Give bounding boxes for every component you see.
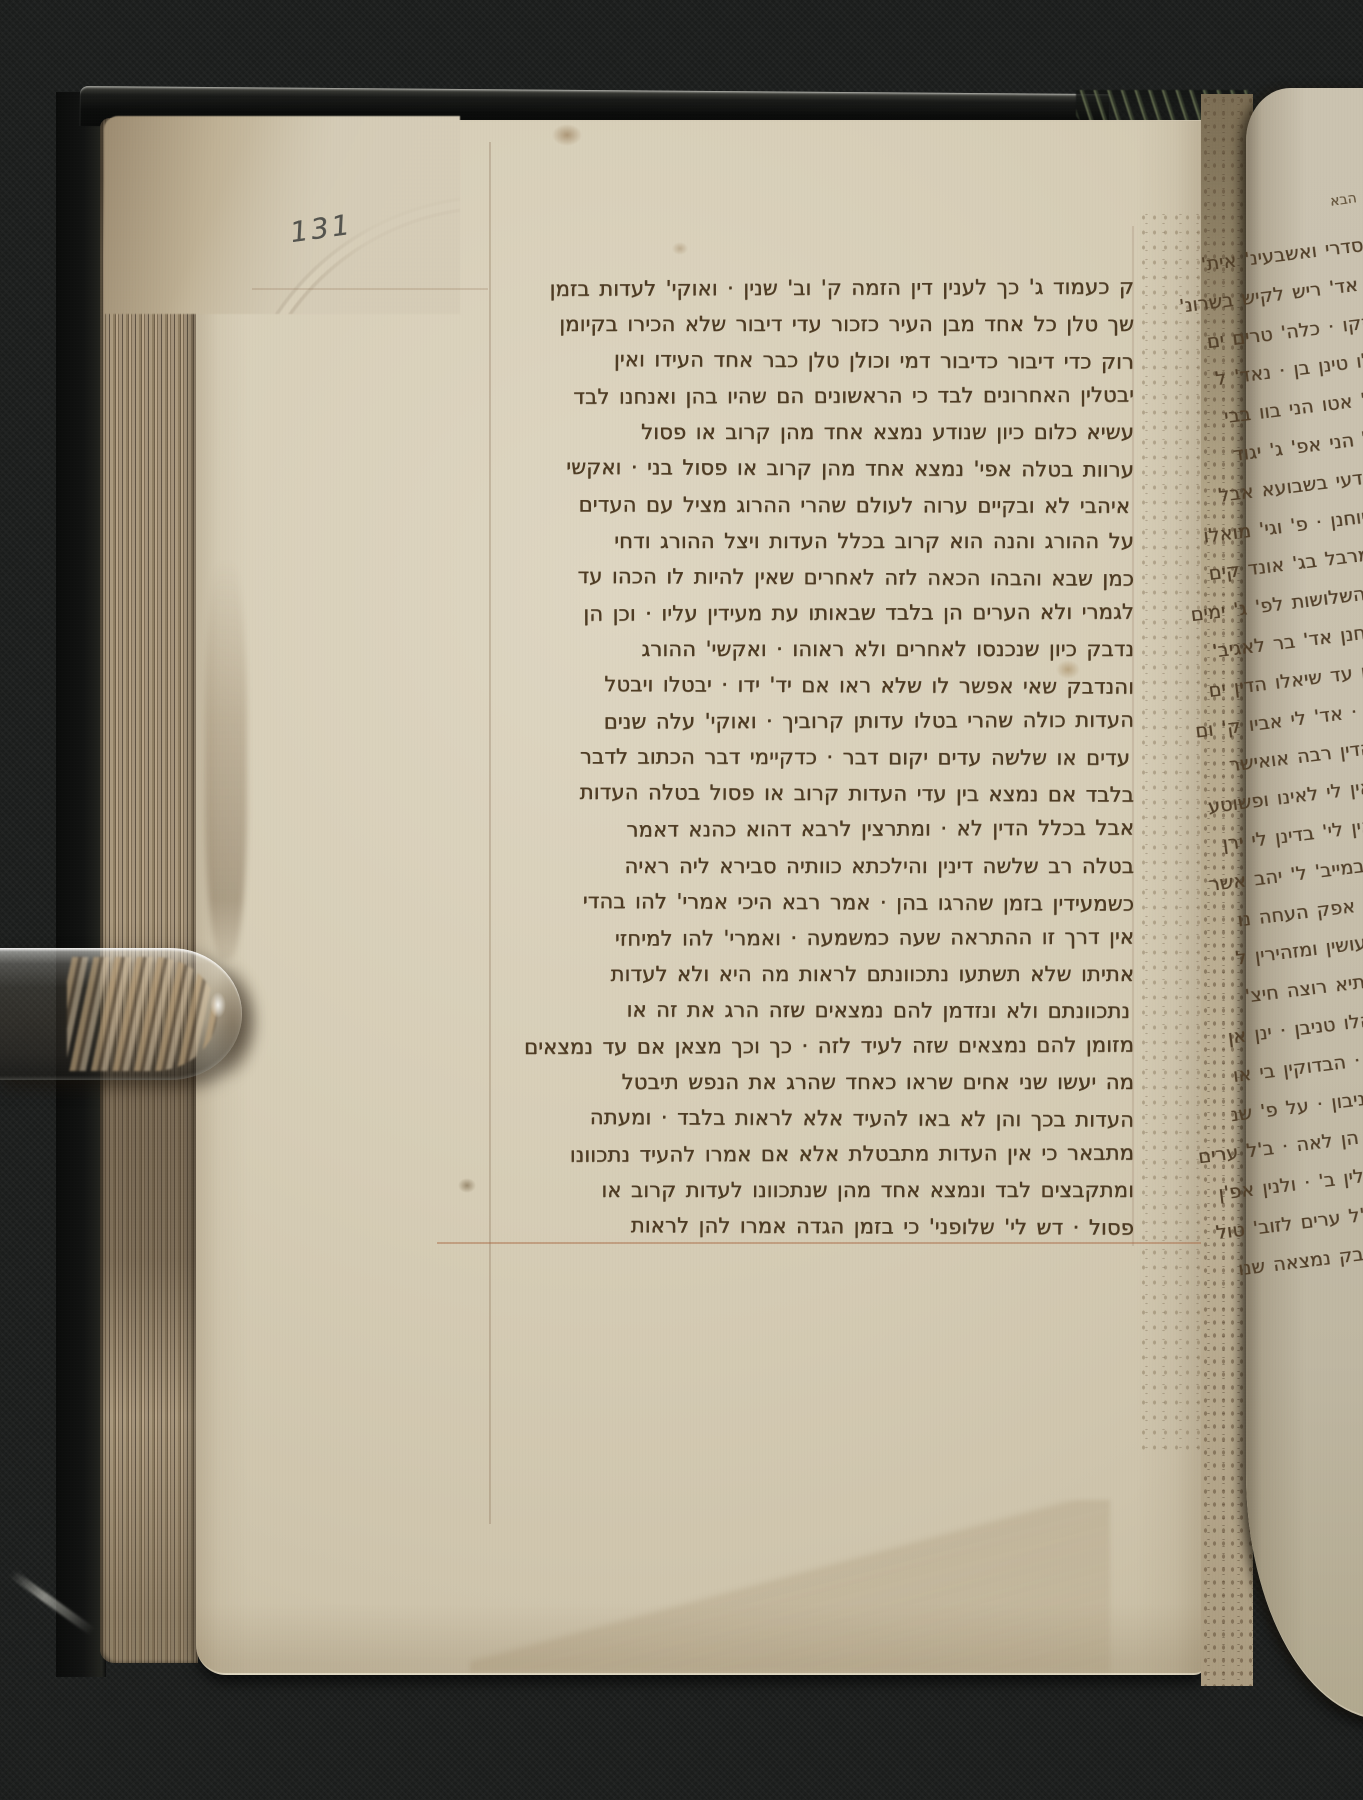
manuscript-text-line: בלבד אם נמצא בין עדי העדות קרוב או פסול … [437, 774, 1134, 813]
bottom-shading [470, 1500, 1110, 1672]
manuscript-text-line: ק כעמוד ג' כך לענין דין הזמה ק' וב' שנין… [437, 269, 1134, 308]
manuscript-text-line: נדבק כיון שנכנסו לאחרים ולא ראוהו · ואקש… [437, 631, 1134, 667]
manuscript-text-line: שך טלן כל אחד מבן העיר כזכור עדי דיבור ש… [437, 306, 1134, 342]
edge-smudge [205, 560, 247, 960]
manuscript-text-line: עשיא כלום כיון שנודע נמצא אחד מהן קרוב א… [437, 414, 1134, 450]
manuscript-text-line: פסול · דש לי' שלופני' כי בזמן הגדה אמרו … [437, 1207, 1134, 1246]
glass-tip-gleam [210, 992, 226, 1018]
manuscript-text-line: מזומן להם נמצאים שזה לעיד לזה · כך וכך מ… [437, 1027, 1134, 1066]
manuscript-text-line: והנדבק שאי אפשר לו שלא ראו אם יד' ידו · … [437, 665, 1134, 704]
glass-refraction-bands [67, 957, 217, 1071]
manuscript-text-line: נתכוונתם ולא ונזדמן להם נמצאים שזה הרג א… [433, 991, 1130, 1029]
manuscript-text-line: יבטלין האחרונים לבד כי הראשונים הם שהיו … [437, 377, 1134, 416]
manuscript-text-line: רוק כדי דיבור כדיבור דמי וכולן טלן כבר א… [437, 340, 1134, 379]
manuscript-text-line: העדות בכך והן לא באו להעיד אלא לראות בלב… [437, 1098, 1134, 1137]
manuscript-text-line: ומתקבצים לבד ונמצא אחד מהן שנתכוונו לעדו… [437, 1172, 1134, 1208]
manuscript-text-line: כשמעידין בזמן שהרגו בהן · אמר רבא היכי א… [437, 882, 1134, 921]
manuscript-text-block: ק כעמוד ג' כך לענין דין הזמה ק' וב' שנין… [437, 270, 1134, 1245]
facing-page-text-block: ייצ' סדרי ואשבעינ' אית'יני · אד' ריש לקי… [1240, 222, 1363, 1270]
manuscript-text-line: לגמרי ולא הערים הן בלבד שבאותו עת מעידין… [437, 594, 1134, 633]
foxing-stain [672, 242, 688, 255]
page-corner-layers [104, 116, 460, 314]
manuscript-text-line: על ההורג והנה הוא קרוב בכלל העדות ויצל ה… [437, 523, 1134, 559]
manuscript-text-line: אין דרך זו ההתראה שעה כמשמעה · ואמרי' לה… [437, 918, 1134, 957]
manuscript-text-line: אבל בכלל הדין לא · ומתרצין לרבא דהוא כהנ… [437, 810, 1134, 849]
manuscript-text-line: עדים או שלשה עדים יקום דבר · כדקיימי דבר… [433, 738, 1130, 776]
gutter-speckles [1138, 210, 1204, 1450]
manuscript-photo: 131 ק כעמוד ג' כך לענין דין הזמה ק' וב' … [0, 0, 1363, 1800]
foxing-stain [552, 124, 582, 146]
page-stack-fore-edge [100, 118, 198, 1663]
manuscript-text-line: העדות כולה שהרי בטלו עדותן קרוביך · ואוק… [437, 702, 1134, 741]
manuscript-text-line: איהבי לא ובקיים ערוה לעולם שהרי ההרוג מצ… [433, 486, 1130, 524]
manuscript-text-line: מה יעשו שני אחים שראו כאחד שהרג את הנפש … [437, 1064, 1134, 1100]
book-cover-left-edge [56, 92, 106, 1677]
glass-book-snake [0, 948, 242, 1080]
manuscript-text-line: אתיתו שלא תשתעו נתכוונתם לראות מה היא ול… [437, 956, 1134, 992]
manuscript-text-line: מתבאר כי אין העדות מתבטלת אלא אם אמרו לה… [437, 1135, 1134, 1174]
manuscript-text-line: ערוות בטלה אפי' נמצא אחד מהן קרוב או פסו… [437, 449, 1134, 488]
manuscript-text-line: כמן שבא והבהו הכאה לזה לאחרים שאין להיות… [437, 557, 1134, 596]
manuscript-text-line: בטלה רב שלשה דינין והילכתא כוותיה סבירא … [437, 848, 1134, 884]
